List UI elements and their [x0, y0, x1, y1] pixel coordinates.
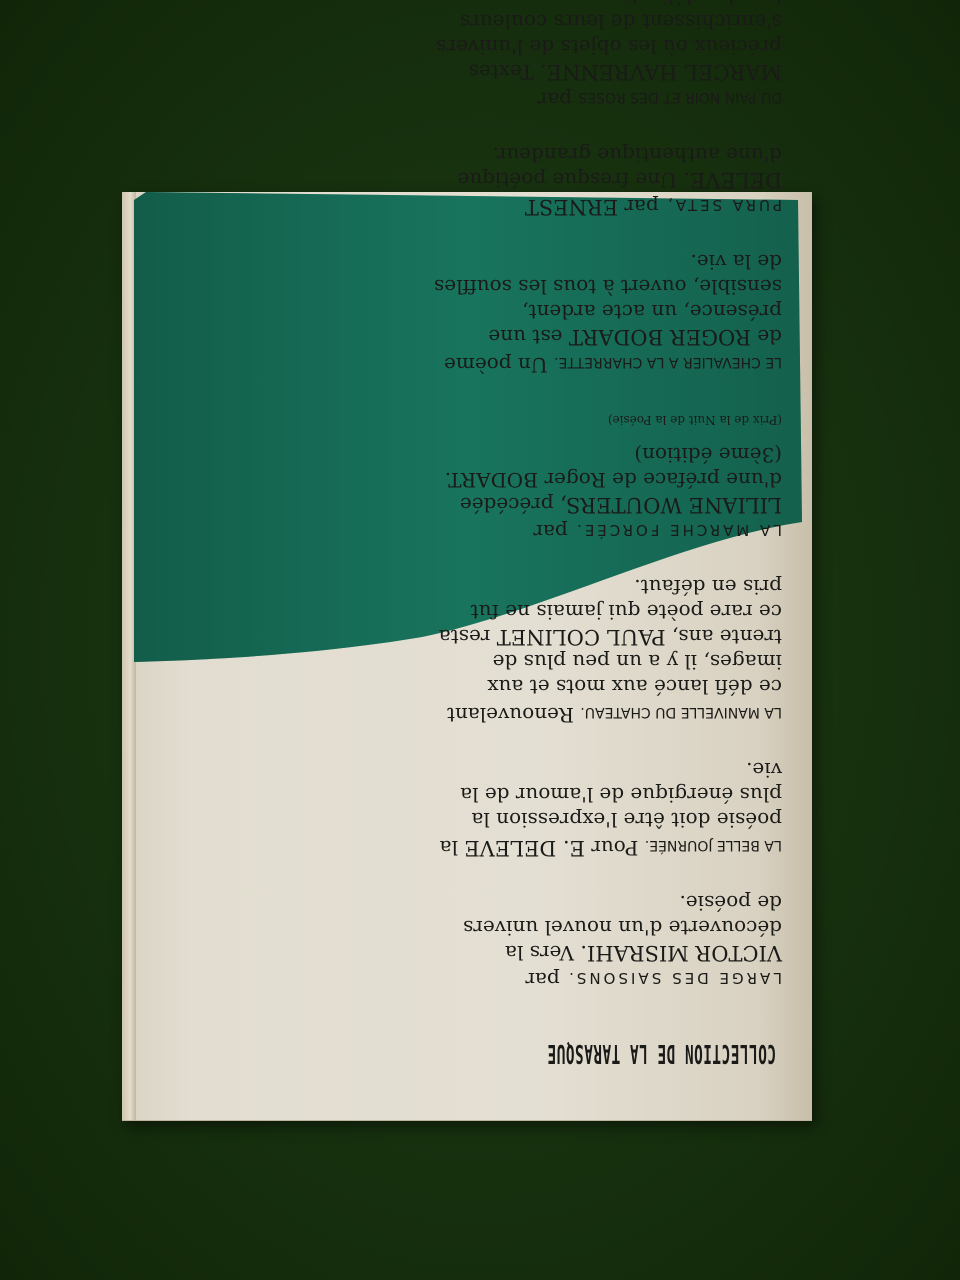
catalog-entry: LE CHEVALIER A LA CHARRETTE. Un poème de…	[434, 249, 782, 377]
catalog-entry: LA MARCHE FORCÉE. par LILIANE WOUTERS, p…	[434, 407, 782, 544]
entry-author: E. DELEVE	[464, 836, 585, 860]
entry-prefix: par	[525, 968, 566, 992]
catalog-text-block: COLLECTION DE LA TARASQUE LARGE DES SAIS…	[434, 256, 782, 1106]
collection-title: COLLECTION DE LA TARASQUE	[588, 1038, 776, 1068]
catalog-entry: PURA SETA, par ERNEST DELEVE. Une fresqu…	[434, 142, 782, 219]
entry-title: LE CHEVALIER A LA CHARRETTE.	[554, 354, 782, 370]
entry-note: (Prix de la Nuit de la Poésie)	[434, 407, 782, 432]
entry-prefix: Pour	[585, 836, 645, 860]
catalog-entry: LA MANIVELLE DU CHATEAU. Renouvelant ce …	[434, 574, 782, 727]
entry-author: MARCEL HAVRENNE.	[540, 60, 782, 84]
entry-author: VICTOR MISRAHI.	[580, 941, 782, 965]
book-back-cover: COLLECTION DE LA TARASQUE LARGE DES SAIS…	[122, 192, 812, 1120]
entry-title: LARGE DES SAISONS.	[566, 969, 782, 987]
entry-title: LA MANIVELLE DU CHATEAU.	[580, 704, 782, 720]
entry-title: DU PAIN NOIR ET DES ROSES	[578, 89, 782, 105]
catalog-entry: LA BELLE JOURNÉE. Pour E. DELEVE la poés…	[434, 757, 782, 860]
entry-author: ROGER BODART	[569, 325, 751, 349]
entry-title: PURA SETA,	[665, 196, 782, 214]
entry-author: LILIANE WOUTERS,	[560, 493, 782, 517]
entry-author: PAUL COLINET	[497, 625, 666, 649]
entry-prefix: par	[533, 520, 574, 544]
entry-title: LA MARCHE FORCÉE.	[574, 521, 782, 539]
entry-title: LA BELLE JOURNÉE.	[645, 837, 782, 853]
entry-prefix: par	[538, 88, 579, 112]
catalog-entry: LARGE DES SAISONS. par VICTOR MISRAHI. V…	[434, 890, 782, 992]
catalog-entry: DU PAIN NOIR ET DES ROSES par MARCEL HAV…	[434, 0, 782, 112]
entry-prefix: par	[618, 195, 665, 219]
